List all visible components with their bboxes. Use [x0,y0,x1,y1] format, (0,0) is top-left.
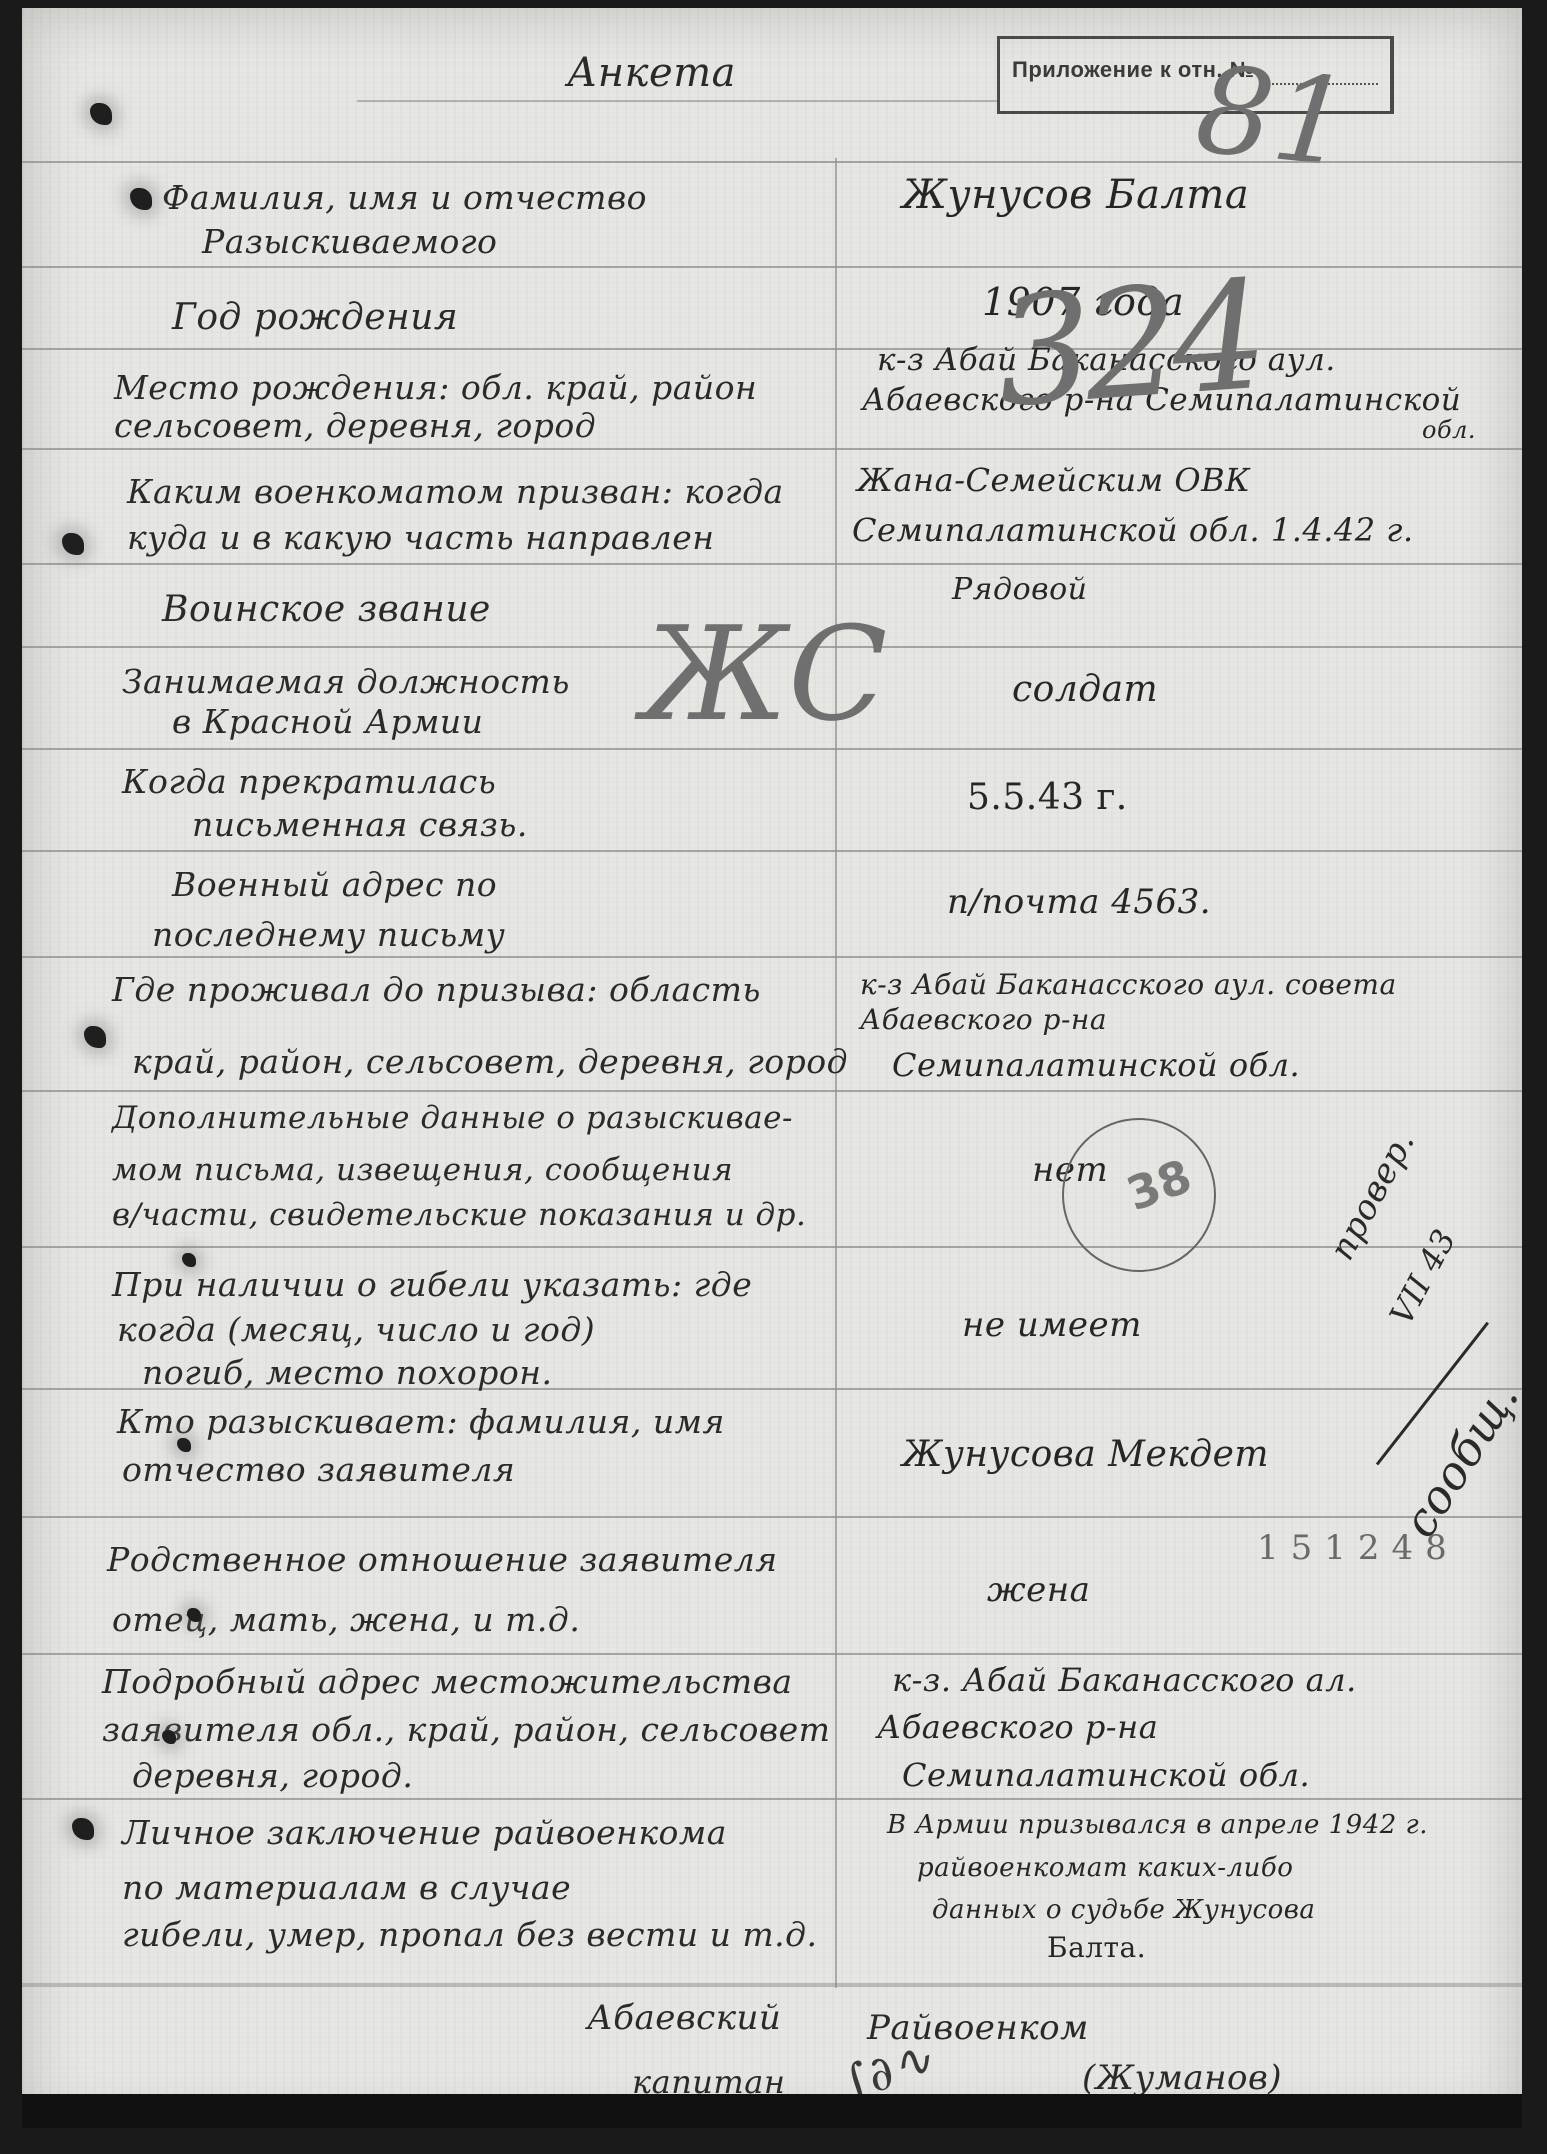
side-annotation-date: VII 43 [1382,1223,1464,1331]
pencil-initials: ЖС [642,598,888,750]
label-last-contact-line2: письменная связь. [192,803,528,847]
answer-applicant-address-line1: к-з. Абай Баканасского ал. [892,1658,1357,1702]
row-divider [22,1798,1522,1800]
row-divider [22,448,1522,450]
label-last-contact-line1: Когда прекратилась [122,760,496,804]
answer-birthplace-line3: обл. [1422,408,1476,452]
answer-relationship: жена [987,1568,1090,1612]
label-applicant-line2: отчество заявителя [122,1448,515,1492]
scan-bottom-edge [22,2094,1522,2128]
label-draft-office-line1: Каким военкоматом призван: когда [127,470,784,514]
row-divider [22,161,1522,163]
side-annotation-notified: сообщ. [1392,1371,1529,1546]
label-conclusion-line3: гибели, умер, пропал без вести и т.д. [122,1913,818,1957]
label-applicant-address-line2: заявителя обл., край, район, сельсовет [102,1708,830,1752]
answer-conclusion-line2: райвоенкомат каких-либо [917,1846,1293,1890]
row-divider [22,266,1522,268]
answer-draft-office-line1: Жана-Семейским ОВК [857,458,1250,502]
title-underline [357,100,997,102]
label-relationship-line2: отец, мать, жена, и т.д. [112,1598,580,1642]
paper-tear [84,1026,106,1048]
paper-tear [62,533,84,555]
label-relationship-line1: Родственное отношение заявителя [107,1538,778,1582]
row-divider [22,1653,1522,1655]
answer-prewar-residence-line3: Семипалатинской обл. [892,1043,1300,1087]
label-additional-data-line3: в/части, свидетельские показания и др. [112,1193,806,1237]
signature-name: (Жуманов) [1082,2058,1282,2098]
row-divider [22,563,1522,565]
row-divider [22,850,1522,852]
row-divider [22,1246,1522,1248]
label-prewar-residence-line1: Где проживал до призыва: область [112,968,761,1012]
label-conclusion-line2: по материалам в случае [122,1866,571,1910]
label-conclusion-line1: Личное заключение райвоенкома [122,1811,727,1855]
punch-hole [90,103,112,125]
answer-military-rank: Рядовой [952,568,1087,612]
registration-number: 151248 [1257,1528,1459,1568]
label-applicant-address-line3: деревня, город. [132,1754,413,1798]
label-additional-data-line2: мом письма, извещения, сообщения [112,1148,733,1192]
answer-draft-office-line2: Семипалатинской обл. 1.4.42 г. [852,508,1414,552]
label-additional-data-line1: Дополнительные данные о разыскивае- [112,1096,793,1140]
table-bottom-rule [22,1983,1522,1987]
answer-prewar-residence-line2: Абаевского р-на [860,998,1107,1042]
label-position-line1: Занимаемая должность [122,660,570,704]
answer-position: солдат [1012,668,1158,712]
label-death-info-line2: когда (месяц, число и год) [117,1308,595,1352]
signature-district: Абаевский [587,1998,781,2038]
answer-conclusion-line1: В Армии призывался в апреле 1942 г. [887,1803,1428,1847]
answer-applicant-address-line2: Абаевского р-на [877,1705,1158,1749]
punch-hole [130,188,152,210]
label-applicant-address-line1: Подробный адрес местожительства [102,1660,793,1704]
label-birth-year: Год рождения [172,296,458,340]
answer-applicant-address-line3: Семипалатинской обл. [902,1753,1310,1797]
answer-military-address: п/почта 4563. [947,880,1211,924]
answer-full-name: Жунусов Балта [902,173,1249,217]
label-position-line2: в Красной Армии [172,700,483,744]
answer-applicant-name: Жунусова Мекдет [902,1433,1269,1477]
answer-last-contact-date: 5.5.43 г. [967,776,1128,820]
label-military-address-line2: последнему письму [152,913,505,957]
label-birthplace-line2: сельсовет, деревня, город [114,404,596,448]
label-full-name-line1: Фамилия, имя и отчество [162,176,647,220]
row-divider [22,1516,1522,1518]
label-death-info-line1: При наличии о гибели указать: где [112,1263,752,1307]
label-military-rank: Воинское звание [162,588,491,632]
label-military-address-line1: Военный адрес по [172,863,497,907]
answer-conclusion-line4: Балта. [1047,1926,1146,1970]
label-prewar-residence-line2: край, район, сельсовет, деревня, город [132,1040,848,1084]
label-full-name-line2: Разыскиваемого [202,220,497,264]
document-page: Анкета Приложение к отн. № 81 Фамилия, и… [22,8,1522,2128]
label-draft-office-line2: куда и в какую часть направлен [127,516,715,560]
label-applicant-line1: Кто разыскивает: фамилия, имя [117,1400,725,1444]
paper-tear [72,1818,94,1840]
document-title: Анкета [567,50,736,96]
label-death-info-line3: погиб, место похорон. [142,1351,553,1395]
pencil-big-number: 324 [991,249,1265,441]
row-divider [22,1090,1522,1092]
answer-death-info: не имеет [962,1303,1142,1347]
